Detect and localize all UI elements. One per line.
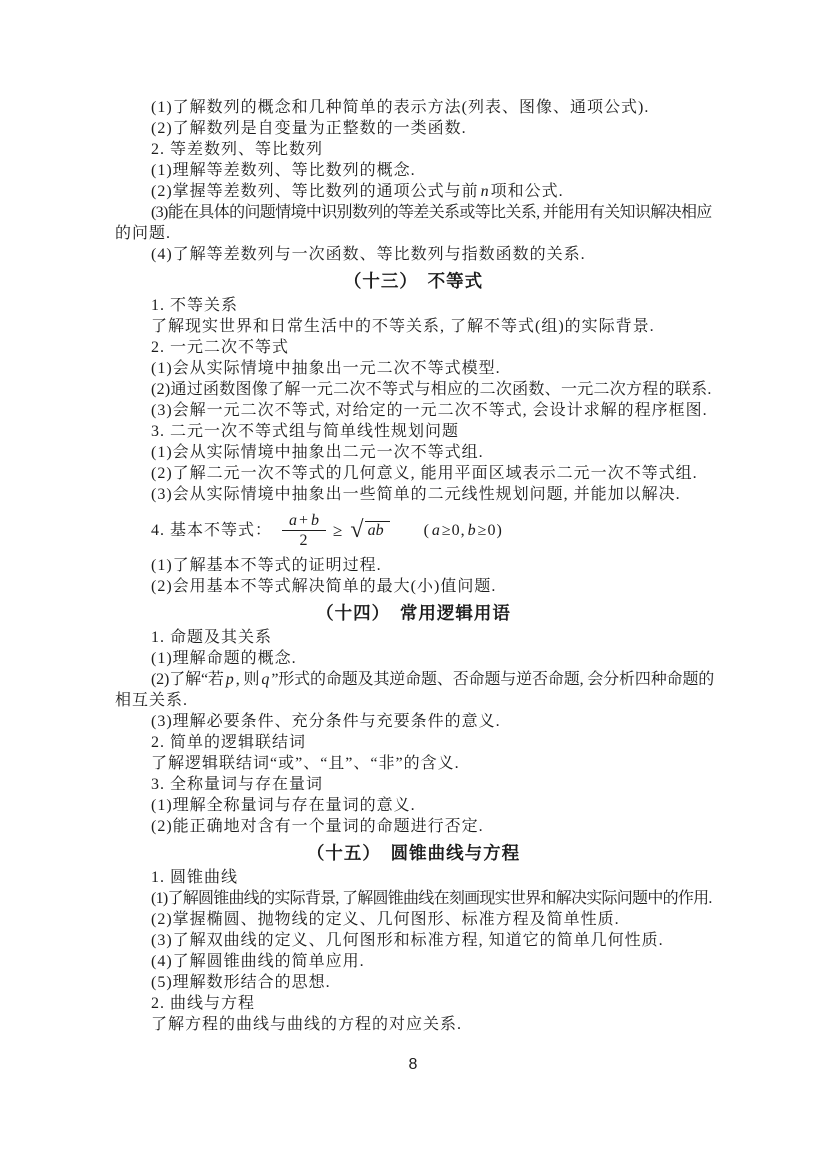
math-variable: a <box>432 522 440 539</box>
fraction-numerator: a+b <box>282 511 326 530</box>
section-heading: （十三） 不等式 <box>115 269 712 293</box>
formula-condition: (a≥0,b≥0) <box>424 520 503 541</box>
text-line: 了解逻辑联结词“或”、“且”、“非”的含义. <box>115 753 712 774</box>
text-line: 的问题. <box>115 223 712 244</box>
text-run: 2. 一元二次不等式 <box>151 339 289 356</box>
fraction: a+b2 <box>282 511 326 550</box>
text-line: (1)了解圆锥曲线的实际背景, 了解圆锥曲线在刻画现实世界和解决实际问题中的作用… <box>115 888 712 909</box>
text-line: (3)能在具体的问题情境中识别数列的等差关系或等比关系, 并能用有关知识解决相应 <box>115 202 712 223</box>
fraction-denominator: 2 <box>282 530 326 550</box>
document-body: (1)了解数列的概念和几种简单的表示方法(列表、图像、通项公式).(2)了解数列… <box>115 97 712 1035</box>
text-line: 2. 简单的逻辑联结词 <box>115 732 712 753</box>
text-run: (1)会从实际情境中抽象出一元二次不等式模型. <box>151 360 501 377</box>
text-line: 了解方程的曲线与曲线的方程的对应关系. <box>115 1014 712 1035</box>
text-line: (4)了解等差数列与一次函数、等比数列与指数函数的关系. <box>115 244 712 265</box>
text-run: (3)能在具体的问题情境中识别数列的等差关系或等比关系, 并能用有关知识解决相应 <box>151 204 712 221</box>
text-run: 相互关系. <box>115 692 188 709</box>
math-variable: ab <box>368 522 384 539</box>
text-line: (5)理解数形结合的思想. <box>115 972 712 993</box>
text-line: 3. 二元一次不等式组与简单线性规划问题 <box>115 421 712 442</box>
text-run: (4)了解圆锥曲线的简单应用. <box>151 953 365 970</box>
text-run: ≥0) <box>478 522 503 539</box>
greater-equal-symbol: ≥ <box>333 520 343 541</box>
text-line: (2)了解二元一次不等式的几何意义, 能用平面区域表示二元一次不等式组. <box>115 463 712 484</box>
math-variable: q <box>261 671 269 688</box>
text-run: (2)了解数列是自变量为正整数的一类函数. <box>151 120 467 137</box>
text-line: (3)会从实际情境中抽象出一些简单的二元线性规划问题, 并能加以解决. <box>115 484 712 505</box>
text-run: 项和公式. <box>491 183 564 200</box>
text-run: + <box>299 512 309 529</box>
text-line: 了解现实世界和日常生活中的不等关系, 了解不等式(组)的实际背景. <box>115 316 712 337</box>
text-run: (3)了解双曲线的定义、几何图形和标准方程, 知道它的简单几何性质. <box>151 932 664 949</box>
radicand: ab <box>365 521 390 540</box>
page-number: 8 <box>0 1056 826 1074</box>
text-run: 了解逻辑联结词“或”、“且”、“非”的含义. <box>151 755 460 772</box>
text-line: (2)会用基本不等式解决简单的最大(小)值问题. <box>115 576 712 597</box>
text-run: 3. 全称量词与存在量词 <box>151 776 323 793</box>
text-line: 1. 圆锥曲线 <box>115 867 712 888</box>
text-run: (2)掌握椭圆、抛物线的定义、几何图形、标准方程及简单性质. <box>151 911 620 928</box>
text-run: (4)了解等差数列与一次函数、等比数列与指数函数的关系. <box>151 246 586 263</box>
text-line: (2)了解数列是自变量为正整数的一类函数. <box>115 118 712 139</box>
text-run: (1)理解命题的概念. <box>151 650 297 667</box>
text-line: (1)会从实际情境中抽象出一元二次不等式模型. <box>115 358 712 379</box>
text-line: (3)理解必要条件、充分条件与充要条件的意义. <box>115 711 712 732</box>
text-line: 1. 不等关系 <box>115 295 712 316</box>
text-run: (1)了解圆锥曲线的实际背景, 了解圆锥曲线在刻画现实世界和解决实际问题中的作用… <box>151 890 712 907</box>
text-run: 1. 命题及其关系 <box>151 629 272 646</box>
text-line: (1)理解等差数列、等比数列的概念. <box>115 160 712 181</box>
text-run: (2)通过函数图像了解一元二次不等式与相应的二次函数、一元二次方程的联系. <box>151 381 712 398</box>
text-line: 相互关系. <box>115 690 712 711</box>
text-line: (1)了解数列的概念和几种简单的表示方法(列表、图像、通项公式). <box>115 97 712 118</box>
text-run: ( <box>424 522 430 539</box>
text-line: 2. 等差数列、等比数列 <box>115 139 712 160</box>
text-run: (1)理解等差数列、等比数列的概念. <box>151 162 416 179</box>
text-run: (2)掌握等差数列、等比数列的通项公式与前 <box>151 183 479 200</box>
math-variable: b <box>311 512 319 529</box>
section-heading: （十五） 圆锥曲线与方程 <box>115 841 712 865</box>
math-variable: n <box>481 183 489 200</box>
text-line: (1)理解全称量词与存在量词的意义. <box>115 795 712 816</box>
text-run: (1)会从实际情境中抽象出二元一次不等式组. <box>151 444 484 461</box>
text-run: 了解方程的曲线与曲线的方程的对应关系. <box>151 1016 462 1033</box>
math-variable: p <box>226 671 234 688</box>
text-run: (3)理解必要条件、充分条件与充要条件的意义. <box>151 713 501 730</box>
text-line: 2. 一元二次不等式 <box>115 337 712 358</box>
text-run: (1)理解全称量词与存在量词的意义. <box>151 797 416 814</box>
text-line: (2)能正确地对含有一个量词的命题进行否定. <box>115 816 712 837</box>
text-line: (2)掌握椭圆、抛物线的定义、几何图形、标准方程及简单性质. <box>115 909 712 930</box>
text-run: 了解现实世界和日常生活中的不等关系, 了解不等式(组)的实际背景. <box>151 318 655 335</box>
text-line: (1)会从实际情境中抽象出二元一次不等式组. <box>115 442 712 463</box>
text-line: 1. 命题及其关系 <box>115 627 712 648</box>
square-root: √ab <box>350 519 389 541</box>
text-line: (1)了解基本不等式的证明过程. <box>115 555 712 576</box>
text-run: (2)了解二元一次不等式的几何意义, 能用平面区域表示二元一次不等式组. <box>151 465 698 482</box>
text-line: (2)通过函数图像了解一元二次不等式与相应的二次函数、一元二次方程的联系. <box>115 379 712 400</box>
text-run: 3. 二元一次不等式组与简单线性规划问题 <box>151 423 459 440</box>
text-run: (1)了解基本不等式的证明过程. <box>151 557 382 574</box>
section-heading: （十四） 常用逻辑用语 <box>115 601 712 625</box>
text-run: 的问题. <box>115 225 171 242</box>
text-line: (3)会解一元二次不等式, 对给定的一元二次不等式, 会设计求解的程序框图. <box>115 400 712 421</box>
text-line: (4)了解圆锥曲线的简单应用. <box>115 951 712 972</box>
text-run: , 则 <box>236 671 260 688</box>
text-line: 3. 全称量词与存在量词 <box>115 774 712 795</box>
text-run: (2)会用基本不等式解决简单的最大(小)值问题. <box>151 578 496 595</box>
text-line: 2. 曲线与方程 <box>115 993 712 1014</box>
text-run: 1. 不等关系 <box>151 297 238 314</box>
formula-basic-inequality: 4. 基本不等式：a+b2≥√ab(a≥0,b≥0) <box>115 505 712 555</box>
text-line: (3)了解双曲线的定义、几何图形和标准方程, 知道它的简单几何性质. <box>115 930 712 951</box>
formula-label: 4. 基本不等式： <box>151 520 272 541</box>
text-line: (2)了解“若p, 则q”形式的命题及其逆命题、否命题与逆否命题, 会分析四种命… <box>115 669 712 690</box>
text-run: (3)会解一元二次不等式, 对给定的一元二次不等式, 会设计求解的程序框图. <box>151 402 708 419</box>
radical-sign-icon: √ <box>350 519 364 541</box>
text-run: 1. 圆锥曲线 <box>151 869 238 886</box>
text-run: (2)了解“若 <box>151 671 224 688</box>
document-page: (1)了解数列的概念和几种简单的表示方法(列表、图像、通项公式).(2)了解数列… <box>0 0 826 1169</box>
math-variable: b <box>468 522 476 539</box>
text-run: 2. 简单的逻辑联结词 <box>151 734 306 751</box>
text-run: 2. 曲线与方程 <box>151 995 255 1012</box>
text-run: (5)理解数形结合的思想. <box>151 974 331 991</box>
text-run: 2. 等差数列、等比数列 <box>151 141 323 158</box>
text-run: ≥0, <box>442 522 466 539</box>
text-line: (2)掌握等差数列、等比数列的通项公式与前n项和公式. <box>115 181 712 202</box>
text-run: (2)能正确地对含有一个量词的命题进行否定. <box>151 818 484 835</box>
math-variable: a <box>289 512 297 529</box>
text-run: ”形式的命题及其逆命题、否命题与逆否命题, 会分析四种命题的 <box>271 671 714 688</box>
text-line: (1)理解命题的概念. <box>115 648 712 669</box>
text-run: (3)会从实际情境中抽象出一些简单的二元线性规划问题, 并能加以解决. <box>151 486 681 503</box>
text-run: (1)了解数列的概念和几种简单的表示方法(列表、图像、通项公式). <box>151 99 649 116</box>
